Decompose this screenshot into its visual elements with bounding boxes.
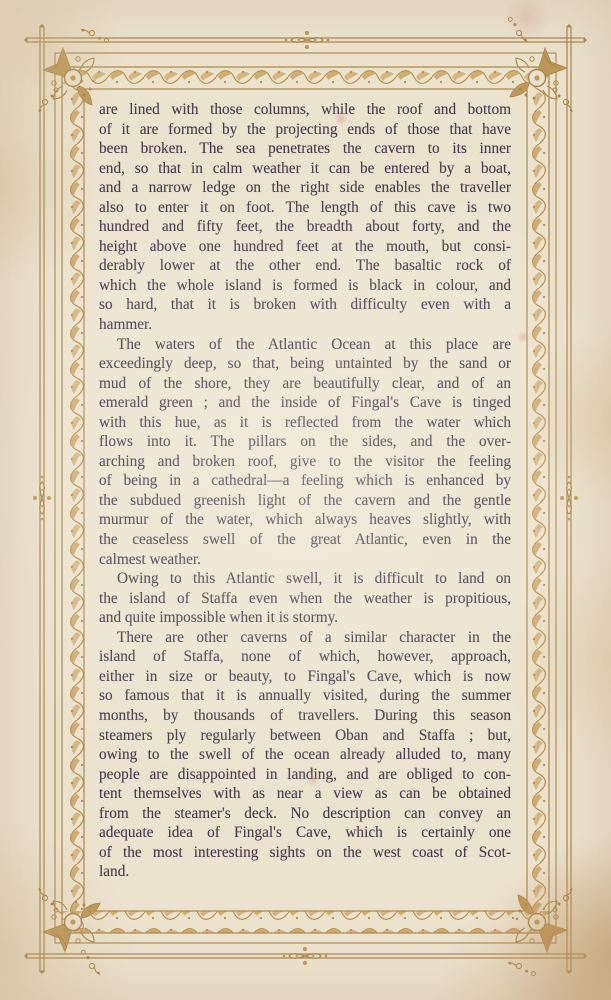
text-line: of it are formed by the projecting ends … (99, 120, 511, 140)
text-line: steamers ply regularly between Oban and … (99, 726, 511, 746)
text-line: people are disappointed in landing, and … (99, 765, 511, 785)
text-line: so hard, that it is broken with difficul… (99, 295, 511, 315)
text-line: calmest weather. (99, 550, 511, 570)
text-line: of being in a cathedral—a feeling which … (99, 471, 511, 491)
text-line: adequate idea of Fingal's Cave, which is… (99, 823, 511, 843)
text-line: exceedingly deep, so that, being untaint… (99, 354, 511, 374)
text-line: the ceaseless swell of the great Atlanti… (99, 530, 511, 550)
text-line: from the steamer's deck. No description … (99, 804, 511, 824)
text-line: are lined with those columns, while the … (99, 100, 511, 120)
text-line: hammer. (99, 315, 511, 335)
text-line: also to enter it on foot. The length of … (99, 198, 511, 218)
text-line: with this hue, as it is reflected from t… (99, 413, 511, 433)
text-line: The waters of the Atlantic Ocean at this… (99, 335, 511, 355)
text-line: height above one hundred feet at the mou… (99, 237, 511, 257)
text-line: owing to the swell of the ocean already … (99, 745, 511, 765)
text-line: hundred and fifty feet, the breadth abou… (99, 217, 511, 237)
book-page: are lined with those columns, while the … (0, 0, 611, 1000)
text-line: and quite impossible when it is stormy. (99, 608, 511, 628)
text-line: flows into it. The pillars on the sides,… (99, 432, 511, 452)
text-line: so famous that it is annually visited, d… (99, 686, 511, 706)
text-line: either in size or beauty, to Fingal's Ca… (99, 667, 511, 687)
text-line: which the whole island is formed is blac… (99, 276, 511, 296)
text-line: of the most interesting sights on the we… (99, 843, 511, 863)
text-line: and a narrow ledge on the right side ena… (99, 178, 511, 198)
text-line: island of Staffa, none of which, however… (99, 647, 511, 667)
text-line: months, by thousands of travellers. Duri… (99, 706, 511, 726)
text-line: derably lower at the other end. The basa… (99, 256, 511, 276)
text-line: emerald green ; and the inside of Fingal… (99, 393, 511, 413)
text-line: There are other caverns of a similar cha… (99, 628, 511, 648)
text-line: murmur of the water, which always heaves… (99, 510, 511, 530)
text-line: land. (99, 862, 511, 882)
text-line: the subdued greenish light of the cavern… (99, 491, 511, 511)
text-line: mud of the shore, they are beautifully c… (99, 374, 511, 394)
text-block: are lined with those columns, while the … (99, 100, 511, 882)
text-line: Owing to this Atlantic swell, it is diff… (99, 569, 511, 589)
text-line: end, so that in calm weather it can be e… (99, 159, 511, 179)
text-line: arching and broken roof, give to the vis… (99, 452, 511, 472)
text-line: the island of Staffa even when the weath… (99, 589, 511, 609)
text-line: tent themselves with as near a view as c… (99, 784, 511, 804)
text-line: been broken. The sea penetrates the cave… (99, 139, 511, 159)
